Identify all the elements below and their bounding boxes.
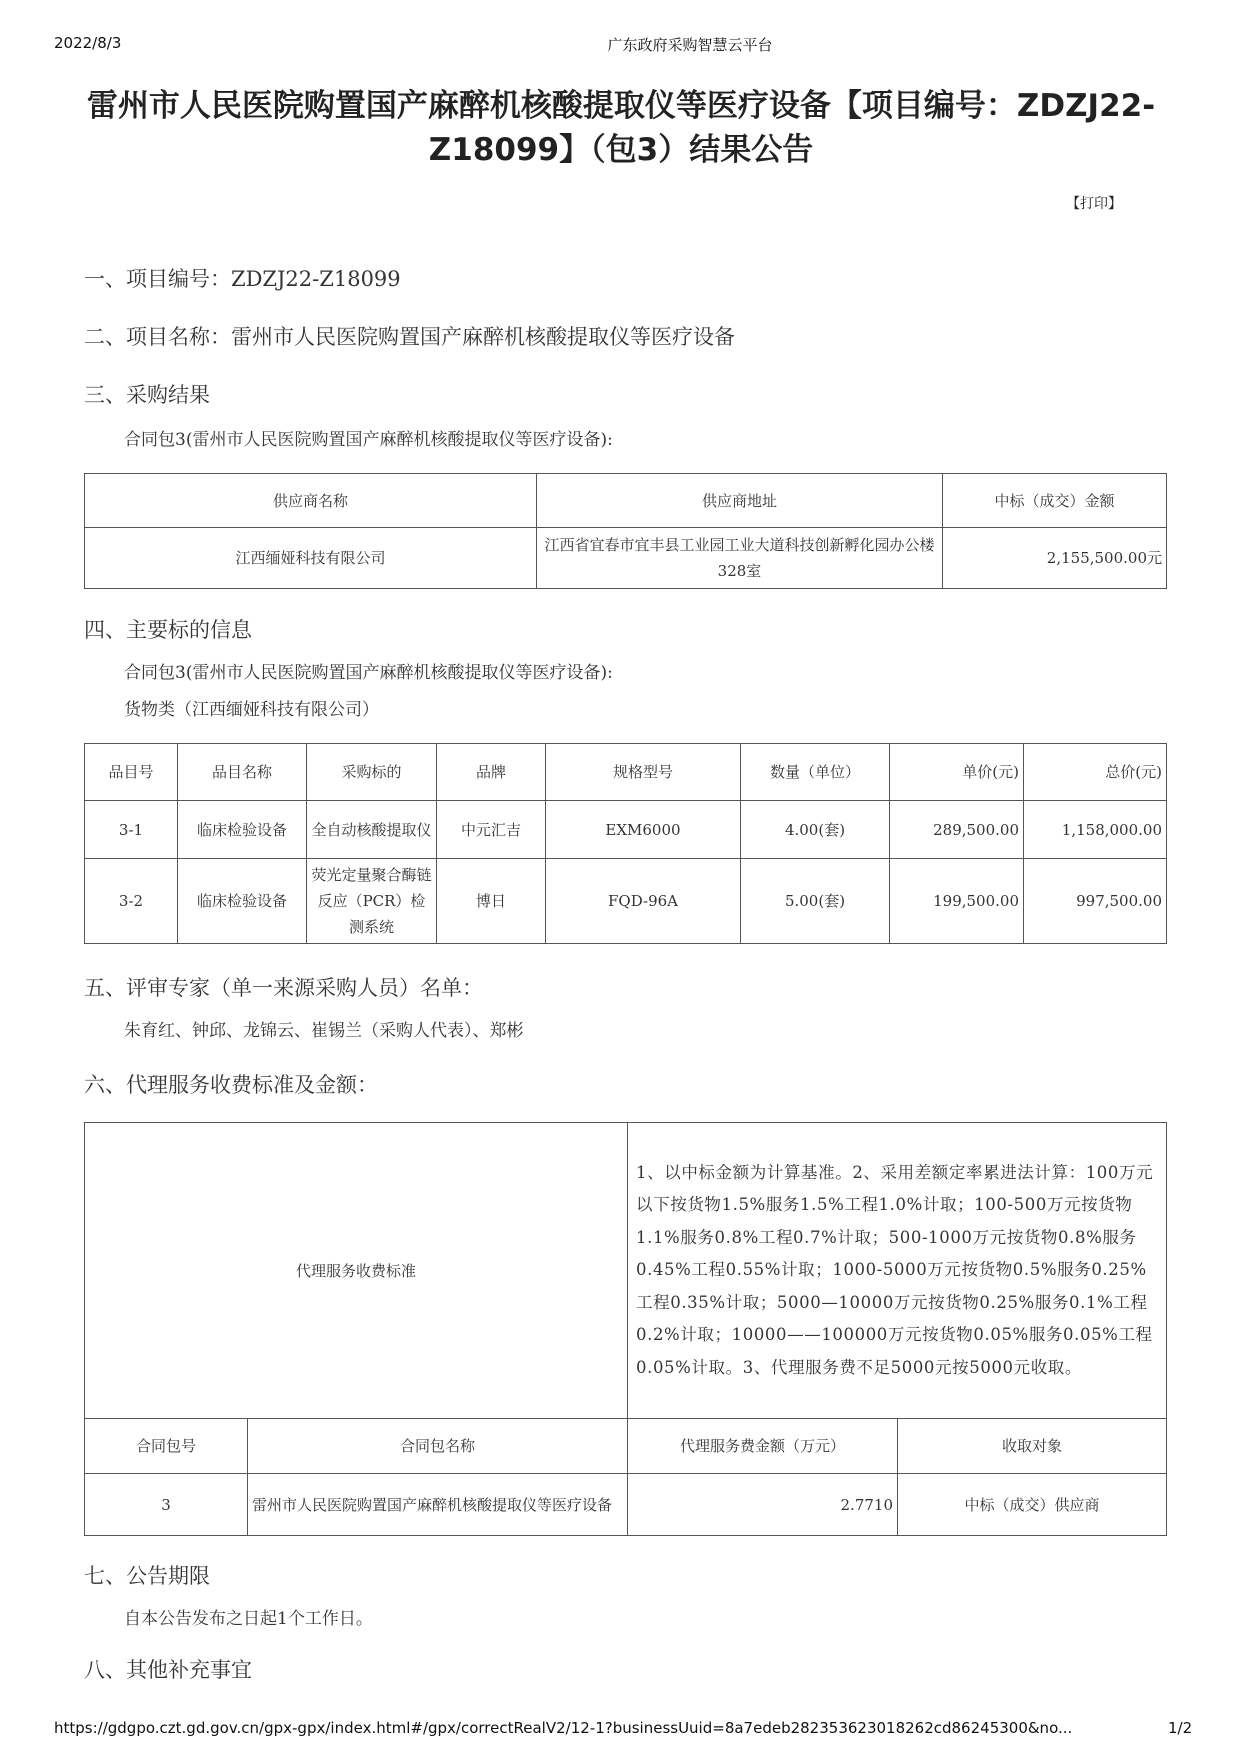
section-project-number: 一、项目编号：ZDZJ22-Z18099 (84, 263, 401, 293)
header-supplier-name: 供应商名称 (85, 474, 537, 528)
contract-package-label: 合同包3(雷州市人民医院购置国产麻醉机核酸提取仪等医疗设备): (124, 425, 613, 450)
header-total-price: 总价(元) (1024, 744, 1167, 801)
page-url: https://gdgpo.czt.gd.gov.cn/gpx-gpx/inde… (54, 1719, 1154, 1737)
section-other-matters: 八、其他补充事宜 (84, 1654, 252, 1684)
header-unit-price: 单价(元) (890, 744, 1024, 801)
package-no: 3 (85, 1474, 248, 1536)
item-brand: 中元汇吉 (437, 801, 546, 859)
header-package-no: 合同包号 (85, 1419, 248, 1474)
contract-package-label-2: 合同包3(雷州市人民医院购置国产麻醉机核酸提取仪等医疗设备): (124, 658, 613, 683)
item-category: 临床检验设备 (178, 801, 307, 859)
item-unit-price: 289,500.00 (890, 801, 1024, 859)
page-number: 1/2 (1168, 1719, 1192, 1737)
page-title-line2: Z18099】（包3）结果公告 (60, 128, 1182, 172)
print-date: 2022/8/3 (54, 34, 121, 52)
header-bid-amount: 中标（成交）金额 (943, 474, 1167, 528)
header-item-no: 品目号 (85, 744, 178, 801)
item-no: 3-1 (85, 801, 178, 859)
table-header-row: 合同包号 合同包名称 代理服务费金额（万元） 收取对象 (85, 1419, 1167, 1474)
item-brand: 博日 (437, 859, 546, 944)
section-procurement-result: 三、采购结果 (84, 379, 210, 409)
supplier-address: 江西省宜春市宜丰县工业园工业大道科技创新孵化园办公楼328室 (537, 528, 943, 589)
item-unit-price: 199,500.00 (890, 859, 1024, 944)
header-item-category: 品目名称 (178, 744, 307, 801)
table-row: 江西缅娅科技有限公司 江西省宜春市宜丰县工业园工业大道科技创新孵化园办公楼328… (85, 528, 1167, 589)
table-row: 3-1 临床检验设备 全自动核酸提取仪 中元汇吉 EXM6000 4.00(套)… (85, 801, 1167, 859)
header-payer: 收取对象 (898, 1419, 1167, 1474)
payer: 中标（成交）供应商 (898, 1474, 1167, 1536)
item-no: 3-2 (85, 859, 178, 944)
fee-standard-row: 代理服务收费标准 1、以中标金额为计算基准。2、采用差额定率累进法计算：100万… (85, 1123, 1167, 1419)
announcement-period-text: 自本公告发布之日起1个工作日。 (124, 1604, 373, 1629)
header-subject: 采购标的 (307, 744, 437, 801)
header-quantity: 数量（单位） (741, 744, 890, 801)
item-quantity: 5.00(套) (741, 859, 890, 944)
item-category: 临床检验设备 (178, 859, 307, 944)
item-subject: 全自动核酸提取仪 (307, 801, 437, 859)
fee-amount: 2.7710 (628, 1474, 898, 1536)
package-name: 雷州市人民医院购置国产麻醉机核酸提取仪等医疗设备 (248, 1474, 628, 1536)
table-header-row: 供应商名称 供应商地址 中标（成交）金额 (85, 474, 1167, 528)
section-project-name: 二、项目名称：雷州市人民医院购置国产麻醉机核酸提取仪等医疗设备 (84, 321, 735, 351)
item-model: FQD-96A (546, 859, 741, 944)
header-model: 规格型号 (546, 744, 741, 801)
supplier-name: 江西缅娅科技有限公司 (85, 528, 537, 589)
table-row: 3-2 临床检验设备 荧光定量聚合酶链反应（PCR）检测系统 博日 FQD-96… (85, 859, 1167, 944)
table-row: 3 雷州市人民医院购置国产麻醉机核酸提取仪等医疗设备 2.7710 中标（成交）… (85, 1474, 1167, 1536)
site-title: 广东政府采购智慧云平台 (540, 34, 840, 55)
section-announcement-period: 七、公告期限 (84, 1560, 210, 1590)
page-title-line1: 雷州市人民医院购置国产麻醉机核酸提取仪等医疗设备【项目编号：ZDZJ22- (60, 84, 1182, 128)
section-review-experts: 五、评审专家（单一来源采购人员）名单： (84, 972, 483, 1002)
expert-names: 朱育红、钟邱、龙锦云、崔锡兰（采购人代表）、郑彬 (124, 1016, 524, 1041)
bid-amount: 2,155,500.00元 (943, 528, 1167, 589)
agency-fee-table: 代理服务收费标准 1、以中标金额为计算基准。2、采用差额定率累进法计算：100万… (84, 1122, 1167, 1536)
fee-standard-text: 1、以中标金额为计算基准。2、采用差额定率累进法计算：100万元以下按货物1.5… (628, 1123, 1167, 1419)
section-agency-fee: 六、代理服务收费标准及金额： (84, 1069, 378, 1099)
item-subject: 荧光定量聚合酶链反应（PCR）检测系统 (307, 859, 437, 944)
items-table: 品目号 品目名称 采购标的 品牌 规格型号 数量（单位） 单价(元) 总价(元)… (84, 743, 1167, 944)
table-header-row: 品目号 品目名称 采购标的 品牌 规格型号 数量（单位） 单价(元) 总价(元) (85, 744, 1167, 801)
item-model: EXM6000 (546, 801, 741, 859)
section-main-subject: 四、主要标的信息 (84, 614, 252, 644)
item-total-price: 997,500.00 (1024, 859, 1167, 944)
fee-standard-label: 代理服务收费标准 (85, 1123, 628, 1419)
result-table: 供应商名称 供应商地址 中标（成交）金额 江西缅娅科技有限公司 江西省宜春市宜丰… (84, 473, 1167, 589)
item-total-price: 1,158,000.00 (1024, 801, 1167, 859)
header-brand: 品牌 (437, 744, 546, 801)
header-fee-amount: 代理服务费金额（万元） (628, 1419, 898, 1474)
header-supplier-address: 供应商地址 (537, 474, 943, 528)
header-package-name: 合同包名称 (248, 1419, 628, 1474)
goods-category-label: 货物类（江西缅娅科技有限公司） (124, 695, 379, 720)
print-link[interactable]: 【打印】 (1066, 193, 1122, 213)
item-quantity: 4.00(套) (741, 801, 890, 859)
